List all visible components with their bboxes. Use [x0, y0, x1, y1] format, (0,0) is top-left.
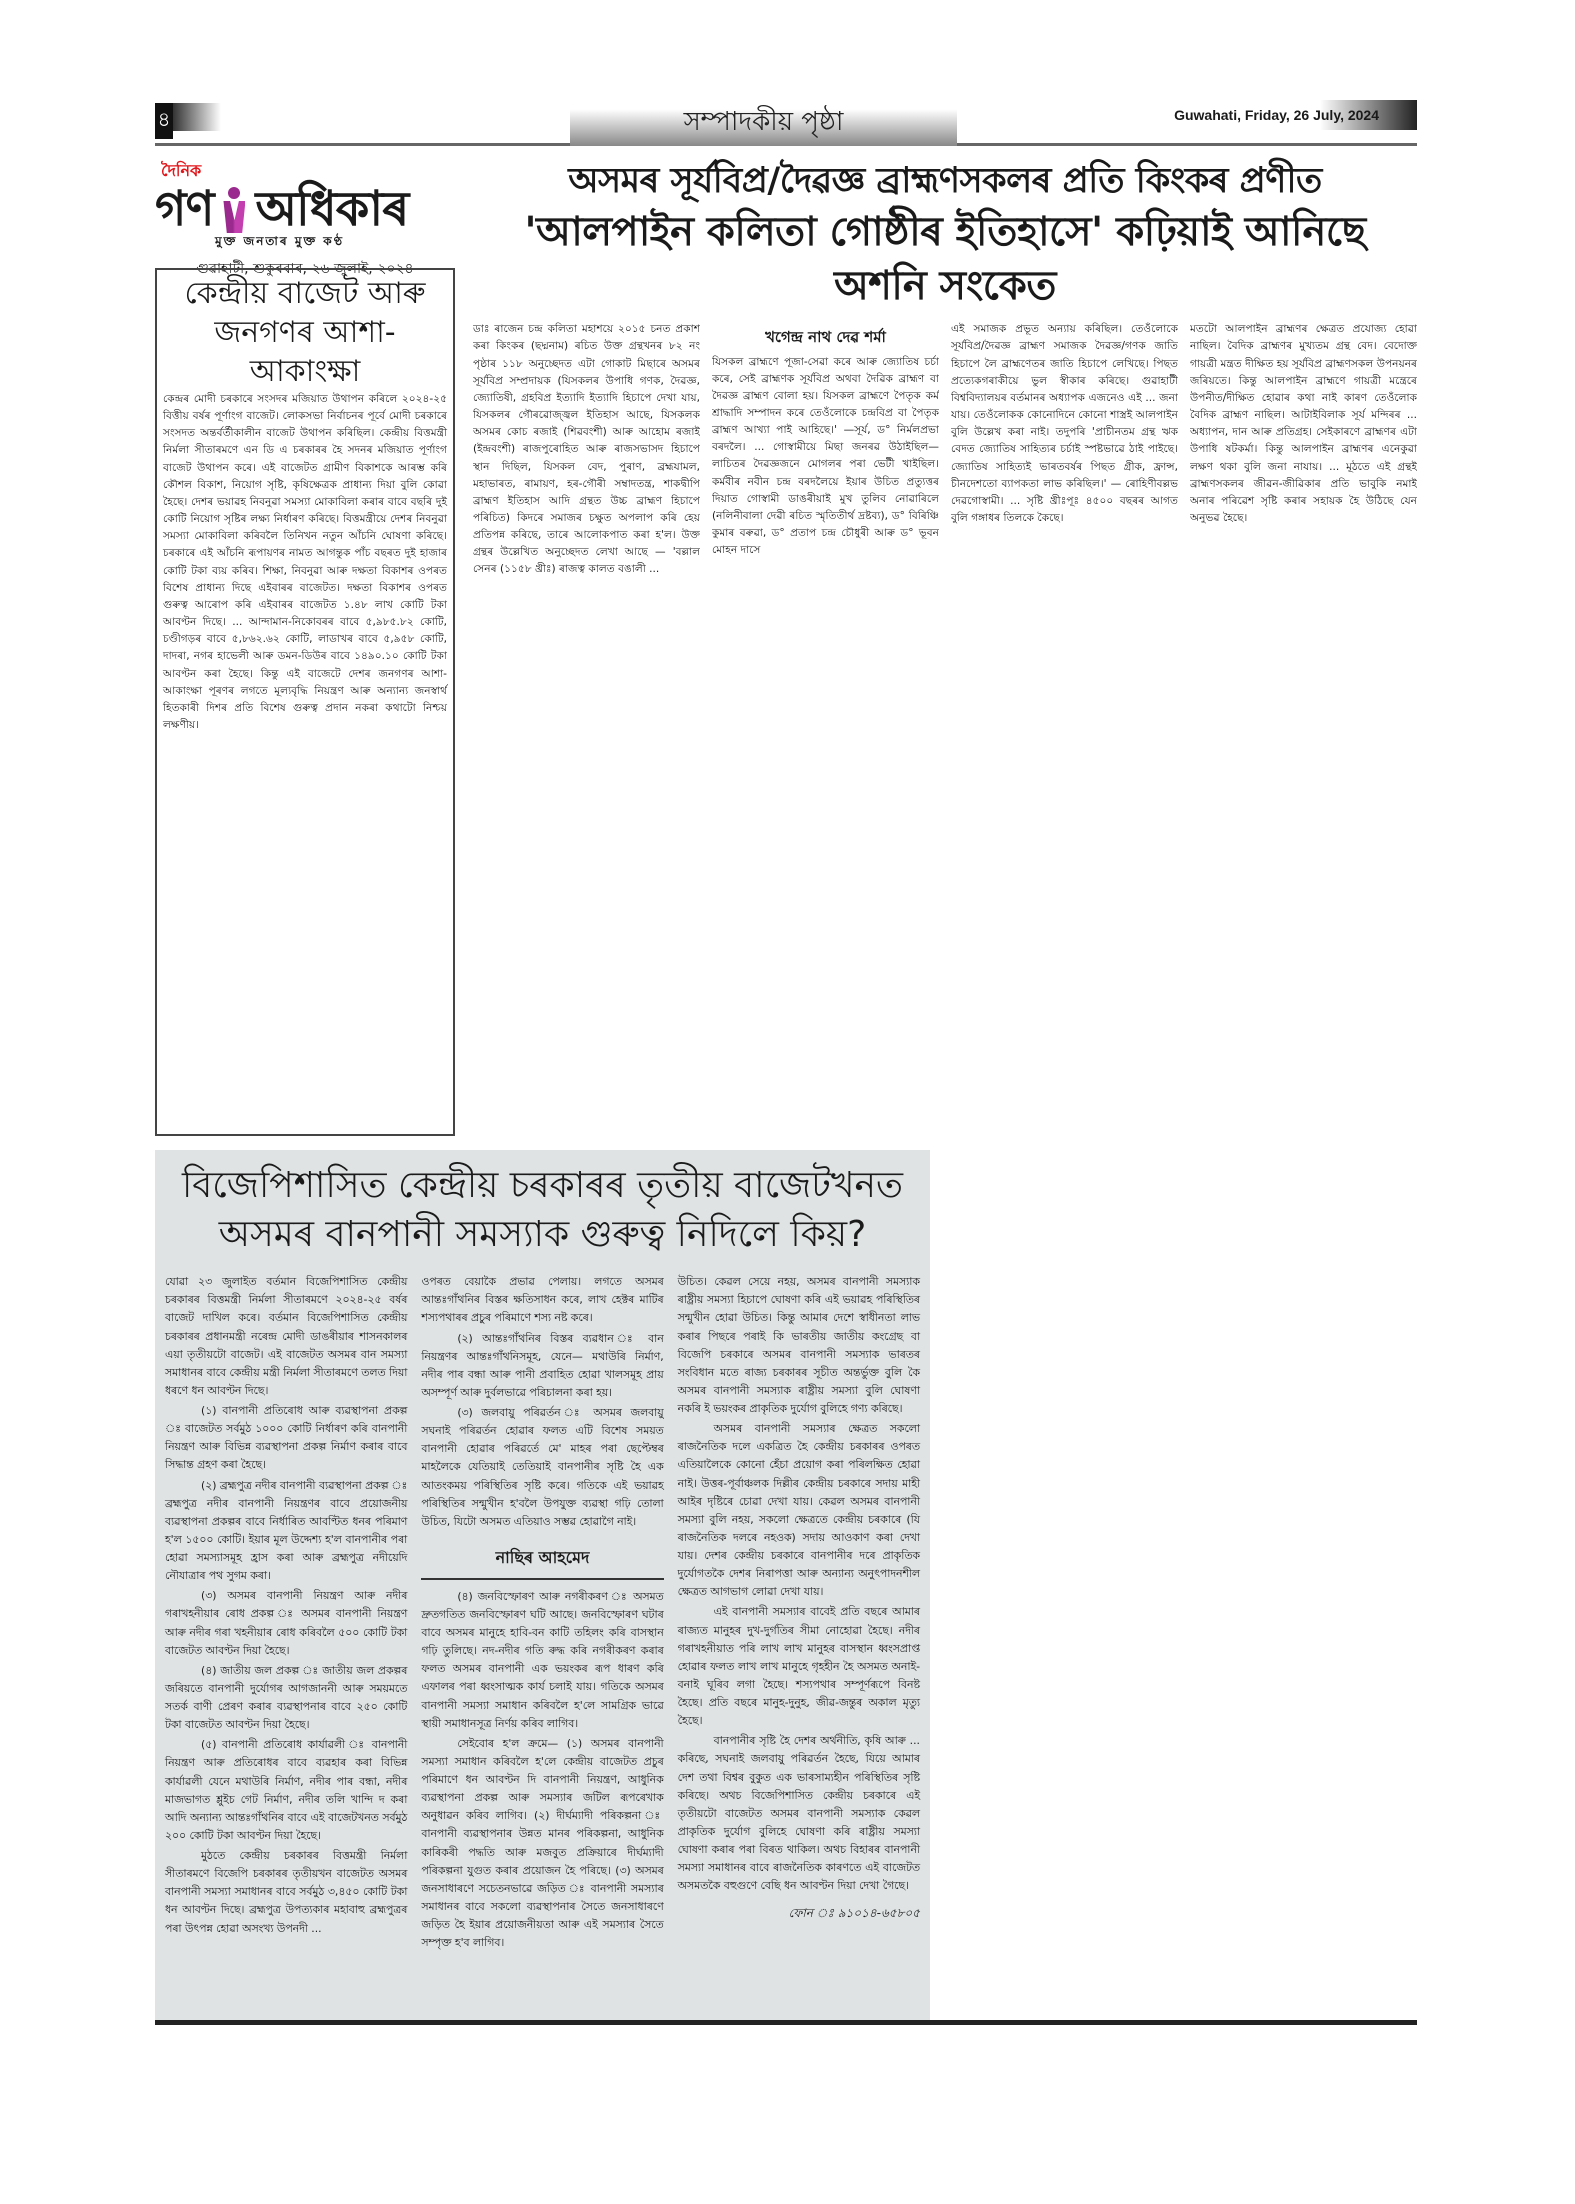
bottom-article-column-2: ওপৰত বেয়াকৈ প্ৰভাৱ পেলায়। লগতে অসমৰ আন…	[421, 1273, 663, 1954]
masthead-slogan: মুক্ত জনতাৰ মুক্ত কণ্ঠ	[215, 233, 455, 253]
paragraph: (৩) জলবায়ু পৰিৱৰ্তন ঃ অসমৰ জলবায়ু সঘনা…	[421, 1404, 663, 1531]
paragraph: উচিত। কেৱল সেয়ে নহয়, অসমৰ বানপানী সমস্…	[678, 1273, 920, 1418]
page-header-bar: ৪ সম্পাদকীয় পৃষ্ঠা Guwahati, Friday, 26…	[155, 100, 1417, 146]
bottom-article-column-1: যোৱা ২৩ জুলাইত বৰ্তমান বিজেপিশাসিত কেন্দ…	[165, 1273, 407, 1954]
paragraph: (৪) জাতীয় জল প্ৰকল্প ঃ জাতীয় জল প্ৰকল্…	[165, 1662, 407, 1735]
paragraph: ওপৰত বেয়াকৈ প্ৰভাৱ পেলায়। লগতে অসমৰ আন…	[421, 1273, 663, 1327]
top-article: অসমৰ সূৰ্যবিপ্ৰ/দৈৱজ্ঞ ব্ৰাহ্মণসকলৰ প্ৰত…	[473, 158, 1417, 1231]
paragraph: সেইবোৰ হ'ল ক্ৰমে— (১) অসমৰ বানপানী সমস্য…	[421, 1735, 663, 1953]
paragraph: যোৱা ২৩ জুলাইত বৰ্তমান বিজেপিশাসিত কেন্দ…	[165, 1273, 407, 1400]
top-article-column-2: খগেন্দ্ৰ নাথ দেৱ শৰ্মা যিসকল ব্ৰাহ্মণে প…	[712, 321, 939, 1231]
author-phone: ফোন ঃ ৯১০১৪-৬৫৮০৫	[678, 1903, 920, 1923]
masthead: দৈনিক গণ অধিকাৰ মুক্ত জনতাৰ মুক্ত কণ্ঠ গ…	[155, 158, 455, 268]
bottom-headline-line1: বিজেপিশাসিত কেন্দ্ৰীয় চৰকাৰৰ তৃতীয় বাজ…	[165, 1162, 920, 1211]
page-number-gradient	[173, 103, 221, 131]
masthead-title: গণ অধিকাৰ	[155, 185, 455, 233]
paragraph: অসমৰ বানপানী সমস্যাৰ ক্ষেত্ৰত সকলো ৰাজনৈ…	[678, 1420, 920, 1601]
masthead-title-right: অধিকাৰ	[255, 185, 408, 233]
editorial-body: কেন্দ্ৰৰ মোদী চৰকাৰে সংসদৰ মজিয়াত উথাপন…	[163, 391, 447, 734]
top-article-column-4: মতটো আলপাইন ব্ৰাহ্মণৰ ক্ষেত্ৰত প্ৰযোজ্য …	[1190, 321, 1417, 1231]
editorial-headline: কেন্দ্ৰীয় বাজেট আৰু জনগণৰ আশা-আকাংক্ষা	[163, 274, 447, 391]
top-article-column-3: এই সমাজক প্ৰভূত অন্যায় কৰিছিল। তেওঁলোকে…	[951, 321, 1178, 1231]
top-headline-line1: অসমৰ সূৰ্যবিপ্ৰ/দৈৱজ্ঞ ব্ৰাহ্মণসকলৰ প্ৰত…	[473, 158, 1417, 205]
paragraph: বানপানীৰ সৃষ্টি হৈ দেশৰ অৰ্থনীতি, কৃষি আ…	[678, 1732, 920, 1895]
paragraph: (২) আন্তঃগাঁথনিৰ বিস্তৰ ব্যৱধান ঃ বান নি…	[421, 1330, 663, 1403]
logo-figure-icon	[217, 187, 251, 233]
paragraph: (৪) জনবিস্ফোৰণ আৰু নগৰীকৰণ ঃ অসমত দ্ৰুতগ…	[421, 1588, 663, 1733]
paragraph: (৫) বানপানী প্ৰতিৰোধ কাৰ্যাৱলী ঃ বানপানী…	[165, 1736, 407, 1845]
top-headline-line2: 'আলপাইন কলিতা গোষ্ঠীৰ ইতিহাসে' কঢ়িয়াই …	[473, 205, 1417, 313]
editorial-headline-line2: জনগণৰ আশা-আকাংক্ষা	[214, 315, 395, 389]
masthead-title-left: গণ	[155, 185, 213, 233]
top-article-author: খগেন্দ্ৰ নাথ দেৱ শৰ্মা	[712, 325, 939, 349]
top-article-column-1: ডাঃ ৰাজেন চন্দ্ৰ কলিতা মহাশয়ে ২০১৫ চনত …	[473, 321, 700, 1231]
top-article-column-2-text: যিসকল ব্ৰাহ্মণে পূজা-সেৱা কৰে আৰু জ্যোতি…	[712, 354, 939, 560]
bottom-headline-line2: অসমৰ বানপানী সমস্যাক গুৰুত্ব নিদিলে কিয়…	[165, 1211, 920, 1260]
bottom-article: বিজেপিশাসিত কেন্দ্ৰীয় চৰকাৰৰ তৃতীয় বাজ…	[155, 1150, 930, 2020]
page-number: ৪	[155, 103, 173, 139]
bottom-article-author: নাছিৰ আহমেদ	[421, 1545, 663, 1572]
bottom-article-headline: বিজেপিশাসিত কেন্দ্ৰীয় চৰকাৰৰ তৃতীয় বাজ…	[165, 1162, 920, 1259]
paragraph: এই বানপানী সমস্যাৰ বাবেই প্ৰতি বছৰে আমাৰ…	[678, 1603, 920, 1730]
editorial-headline-line1: কেন্দ্ৰীয় বাজেট আৰু	[185, 276, 426, 311]
paragraph: মুঠতে কেন্দ্ৰীয় চৰকাৰৰ বিত্তমন্ত্ৰী নিৰ…	[165, 1847, 407, 1938]
paragraph: (২) ব্ৰহ্মপুত্ৰ নদীৰ বানপানী ব্যৱস্থাপনা…	[165, 1477, 407, 1586]
top-article-headline: অসমৰ সূৰ্যবিপ্ৰ/দৈৱজ্ঞ ব্ৰাহ্মণসকলৰ প্ৰত…	[473, 158, 1417, 313]
dateline: Guwahati, Friday, 26 July, 2024	[1174, 100, 1417, 130]
bottom-article-columns: যোৱা ২৩ জুলাইত বৰ্তমান বিজেপিশাসিত কেন্দ…	[165, 1273, 920, 1954]
bottom-article-author-block: নাছিৰ আহমেদ	[421, 1545, 663, 1580]
editorial-box: কেন্দ্ৰীয় বাজেট আৰু জনগণৰ আশা-আকাংক্ষা …	[155, 268, 455, 1136]
paragraph: (৩) অসমৰ বানপানী নিয়ন্ত্ৰণ আৰু নদীৰ গৰা…	[165, 1587, 407, 1660]
author-rule	[421, 1578, 663, 1580]
bottom-article-column-3: উচিত। কেৱল সেয়ে নহয়, অসমৰ বানপানী সমস্…	[678, 1273, 920, 1954]
paragraph: (১) বানপানী প্ৰতিৰোধ আৰু ব্যৱস্থাপনা প্ৰ…	[165, 1402, 407, 1475]
section-label: সম্পাদকীয় পৃষ্ঠা	[570, 100, 957, 146]
newspaper-page: ৪ সম্পাদকীয় পৃষ্ঠা Guwahati, Friday, 26…	[155, 100, 1417, 146]
page-bottom-rule	[155, 2020, 1417, 2025]
top-article-columns: ডাঃ ৰাজেন চন্দ্ৰ কলিতা মহাশয়ে ২০১৫ চনত …	[473, 321, 1417, 1231]
